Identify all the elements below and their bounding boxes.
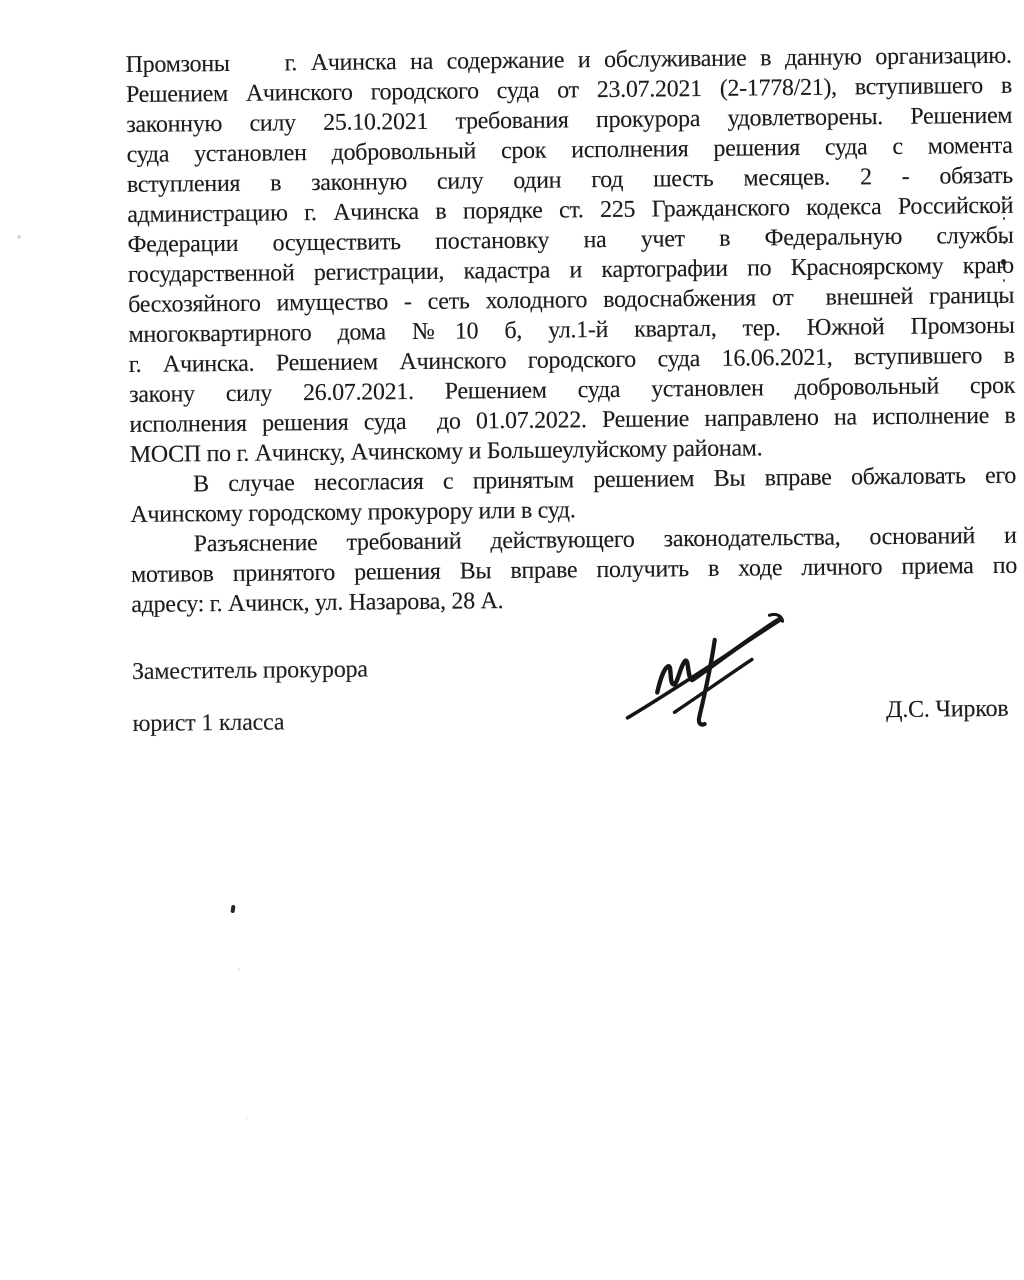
- scan-speck: [17, 235, 21, 239]
- scan-speck: [237, 968, 240, 971]
- signer-position-title: Заместитель прокурора: [132, 654, 368, 686]
- document-page: Промзоны г. Ачинска на содержание и обсл…: [0, 0, 1024, 1280]
- scan-speck: [1003, 241, 1006, 244]
- signer-rank: юрист 1 класса: [132, 707, 284, 739]
- scanned-text-block: Промзоны г. Ачинска на содержание и обсл…: [125, 0, 1024, 1280]
- scan-speck: [1003, 217, 1005, 220]
- signer-name: Д.С. Чирков: [886, 694, 1009, 725]
- scan-speck: [1002, 196, 1005, 200]
- handwritten-signature-icon: [611, 605, 792, 739]
- scan-speck: [1001, 259, 1006, 265]
- scan-speck: [1003, 279, 1005, 282]
- scan-speck: [245, 1117, 248, 1120]
- document-body: Промзоны г. Ачинска на содержание и обсл…: [126, 41, 1018, 620]
